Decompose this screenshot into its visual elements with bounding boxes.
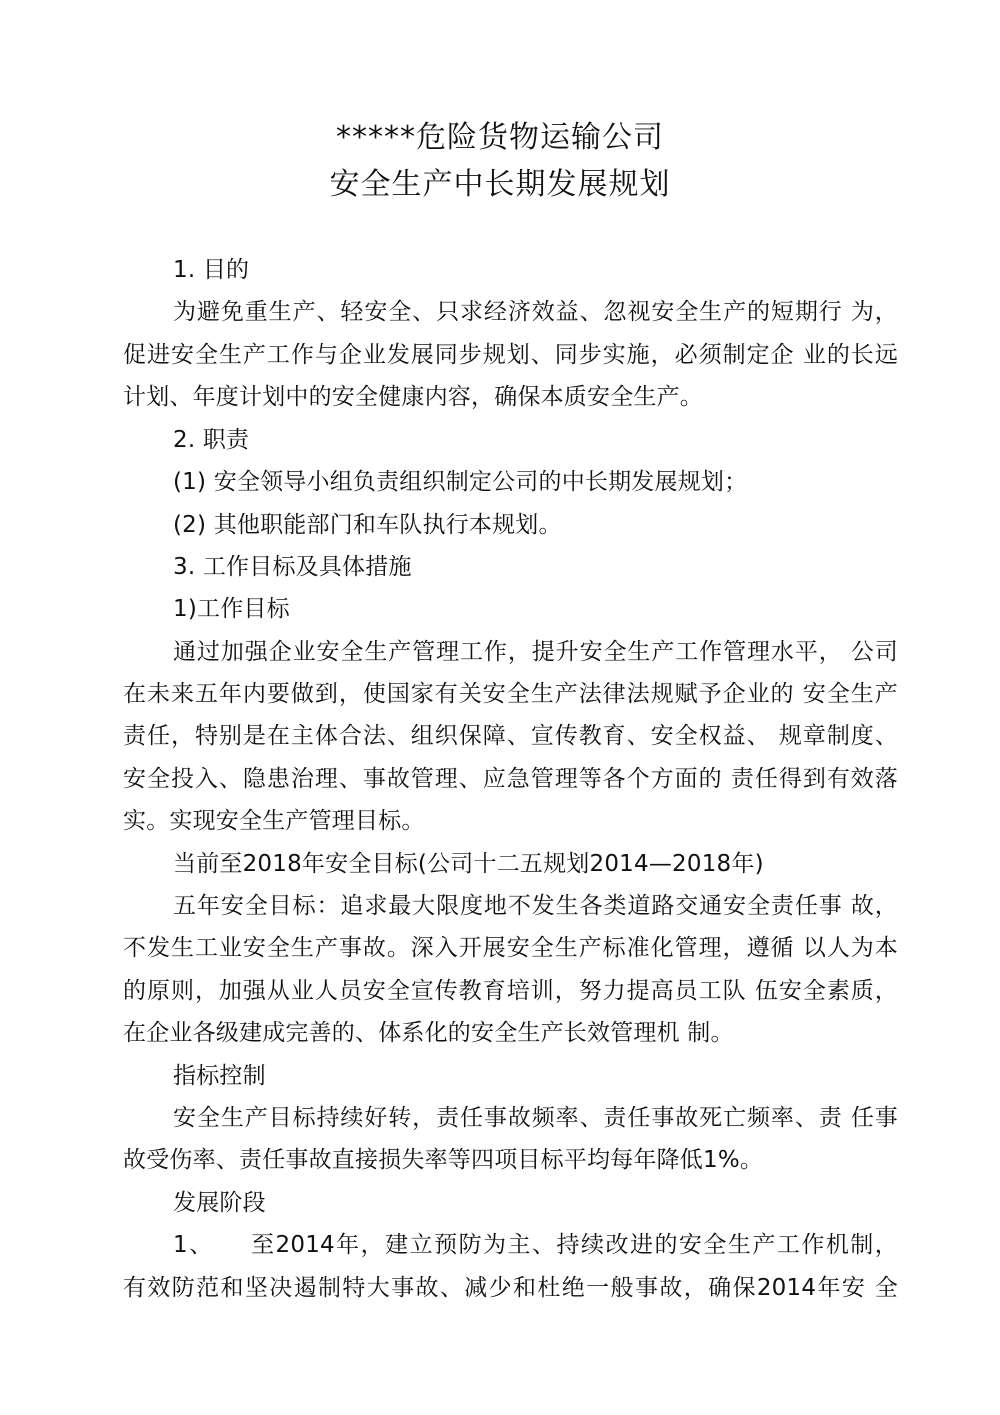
paragraph-line: 安全生产目标持续好转，责任事故频率、责任事故死亡频率、责 任事	[173, 1102, 898, 1134]
document-page: *****危险货物运输公司 安全生产中长期发展规划 1. 目的为避免重生产、轻安…	[0, 0, 1000, 1415]
paragraph-line: 在未来五年内要做到，使国家有关安全生产法律法规赋予企业的 安全生产	[123, 678, 898, 710]
paragraph-line: (1) 安全领导小组负责组织制定公司的中长期发展规划；	[173, 466, 898, 498]
document-title-company: *****危险货物运输公司	[0, 118, 1000, 158]
paragraph-line: 1、 至2014年，建立预防为主、持续改进的安全生产工作机制，	[173, 1229, 898, 1261]
paragraph-line: 实。实现安全生产管理目标。	[123, 805, 898, 837]
paragraph-line: 安全投入、隐患治理、事故管理、应急管理等各个方面的 责任得到有效落	[123, 763, 898, 795]
paragraph-line: 当前至2018年安全目标(公司十二五规划2014—2018年)	[173, 848, 898, 880]
paragraph-line: 有效防范和坚决遏制特大事故、减少和杜绝一般事故，确保2014年安 全	[123, 1272, 898, 1304]
paragraph-line: 1. 目的	[173, 254, 898, 286]
paragraph-line: 计划、年度计划中的安全健康内容，确保本质安全生产。	[123, 381, 898, 413]
paragraph-line: 不发生工业安全生产事故。深入开展安全生产标准化管理，遵循 以人为本	[123, 932, 898, 964]
paragraph-line: 促进安全生产工作与企业发展同步规划、同步实施，必须制定企 业的长远	[123, 339, 898, 371]
paragraph-line: 在企业各级建成完善的、体系化的安全生产长效管理机 制。	[123, 1017, 898, 1049]
paragraph-line: 2. 职责	[173, 424, 898, 456]
paragraph-line: 五年安全目标：追求最大限度地不发生各类道路交通安全责任事 故，	[173, 890, 898, 922]
document-title-plan: 安全生产中长期发展规划	[0, 165, 1000, 205]
paragraph-line: 故受伤率、责任事故直接损失率等四项目标平均每年降低1%。	[123, 1144, 898, 1176]
paragraph-line: 为避免重生产、轻安全、只求经济效益、忽视安全生产的短期行 为，	[173, 296, 898, 328]
paragraph-line: 责任，特别是在主体合法、组织保障、宣传教育、安全权益、 规章制度、	[123, 720, 898, 752]
paragraph-line: 的原则，加强从业人员安全宣传教育培训，努力提高员工队 伍安全素质，	[123, 975, 898, 1007]
paragraph-line: 1)工作目标	[173, 593, 898, 625]
paragraph-line: (2) 其他职能部门和车队执行本规划。	[173, 509, 898, 541]
paragraph-line: 发展阶段	[173, 1187, 898, 1219]
paragraph-line: 3. 工作目标及具体措施	[173, 551, 898, 583]
paragraph-line: 指标控制	[173, 1060, 898, 1092]
paragraph-line: 通过加强企业安全生产管理工作，提升安全生产工作管理水平， 公司	[173, 636, 898, 668]
